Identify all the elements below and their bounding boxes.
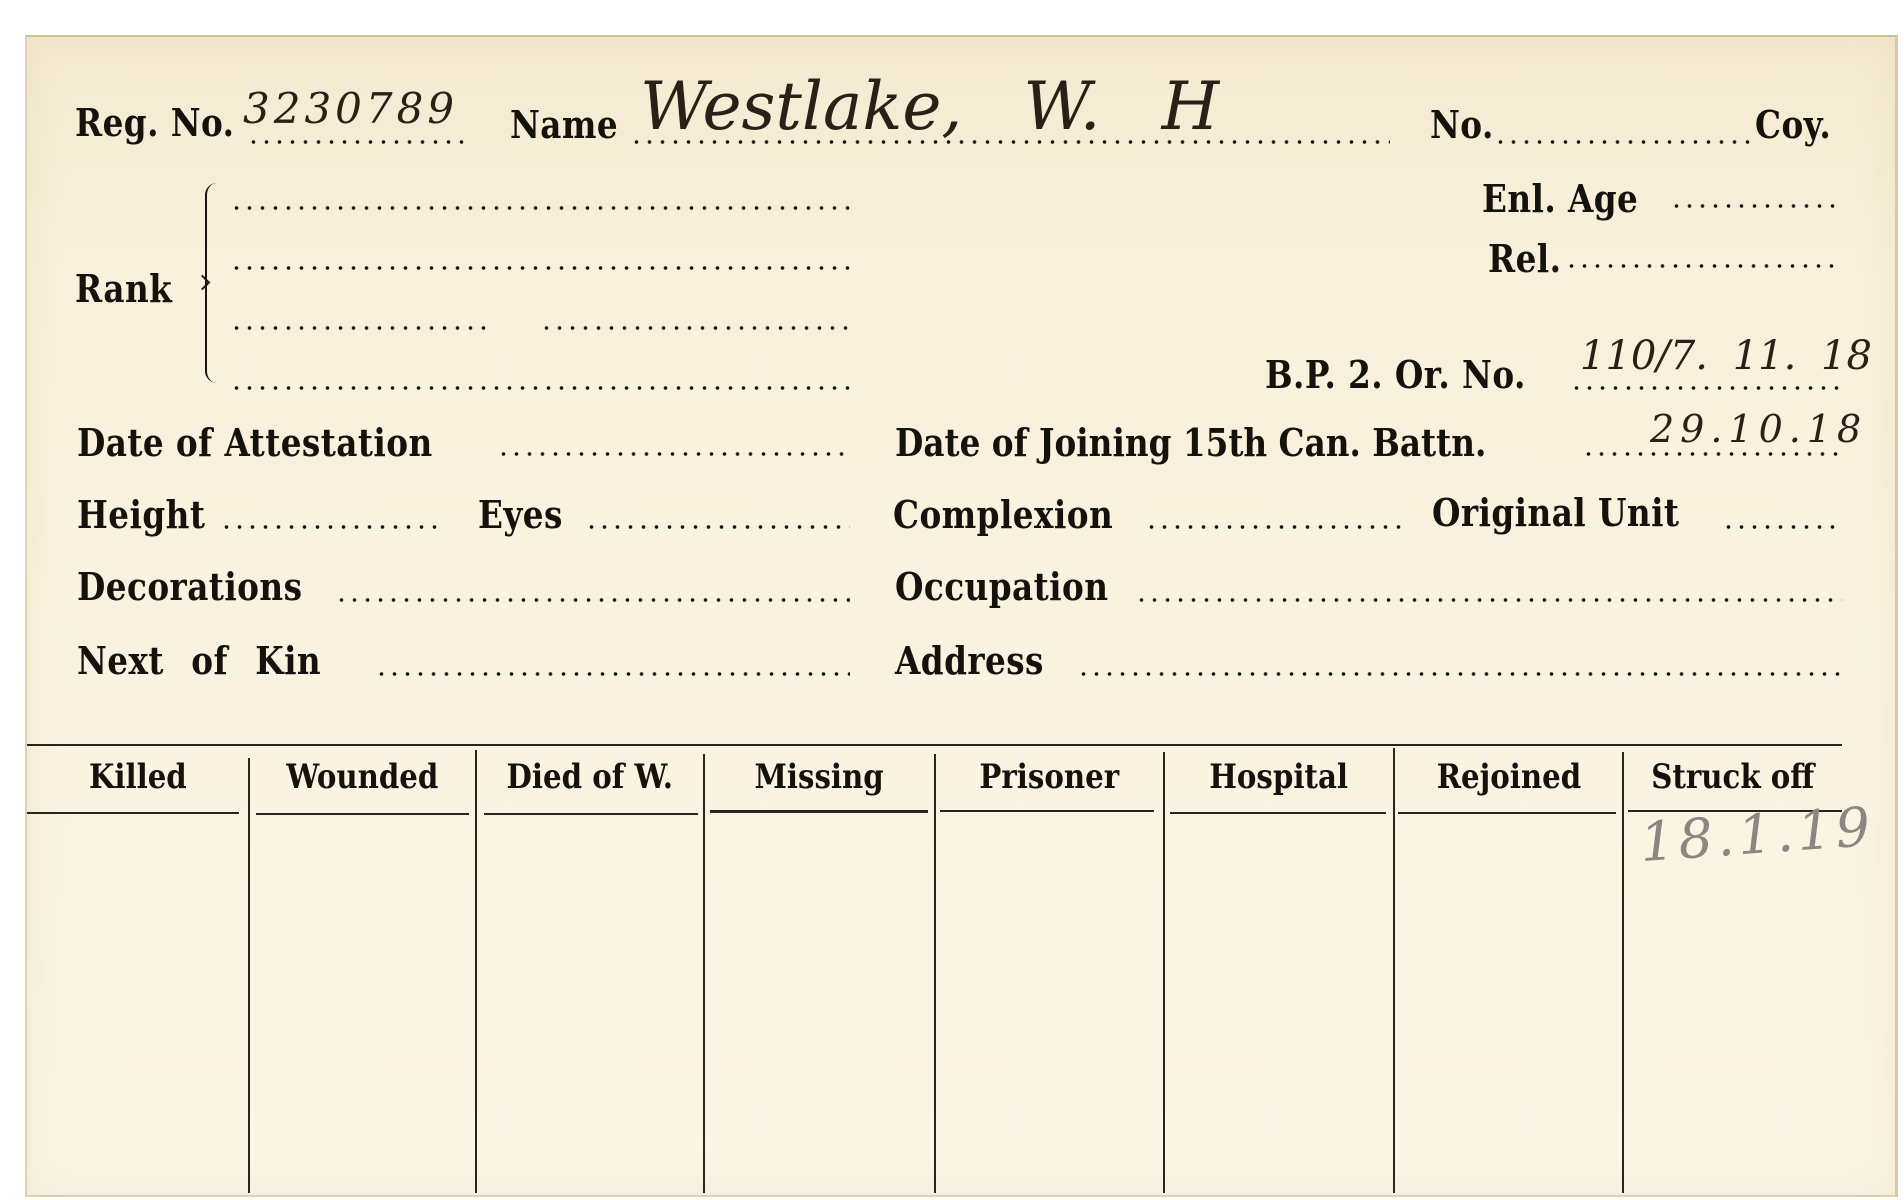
decorations-field[interactable]	[335, 598, 850, 602]
header-underline	[27, 812, 239, 814]
column-divider	[703, 754, 705, 1193]
column-divider	[934, 754, 936, 1193]
no-field[interactable]	[1494, 140, 1754, 144]
col-header-hospital: Hospital	[1165, 760, 1393, 804]
rel-label: Rel.	[1488, 240, 1561, 278]
header-underline	[940, 810, 1154, 812]
enl-age-field[interactable]	[1670, 204, 1842, 208]
rank-brace	[205, 183, 221, 383]
complexion-field[interactable]	[1145, 525, 1405, 529]
table-top-rule	[27, 744, 1842, 746]
column-divider	[475, 750, 477, 1193]
original-unit-label: Original Unit	[1432, 494, 1679, 532]
col-header-rejoined: Rejoined	[1395, 760, 1622, 804]
decorations-label: Decorations	[77, 568, 302, 606]
header-underline	[1170, 812, 1386, 814]
date-of-joining-label: Date of Joining 15th Can. Battn.	[895, 424, 1486, 462]
column-divider	[1393, 748, 1395, 1193]
column-divider	[1622, 752, 1624, 1193]
address-label: Address	[895, 642, 1044, 680]
column-divider	[1163, 752, 1165, 1193]
bp2-order-no-label: B.P. 2. Or. No.	[1265, 356, 1526, 394]
col-header-died-of-wounds: Died of W.	[477, 760, 703, 804]
reg-no-value: 3230789	[243, 88, 458, 130]
enl-age-label: Enl. Age	[1482, 180, 1638, 218]
date-of-joining-value: 29.10.18	[1650, 410, 1867, 448]
name-value: Westlake, W. H	[640, 74, 1219, 140]
eyes-label: Eyes	[478, 496, 563, 534]
header-underline	[710, 810, 928, 813]
rank-line-3b[interactable]	[540, 326, 850, 330]
rank-line-3a[interactable]	[230, 326, 492, 330]
rank-line-2[interactable]	[230, 266, 850, 270]
date-of-joining-field[interactable]	[1582, 452, 1842, 456]
header-underline	[1398, 812, 1616, 814]
col-header-wounded: Wounded	[250, 760, 475, 804]
height-label: Height	[77, 496, 205, 534]
column-divider	[248, 758, 250, 1193]
original-unit-field[interactable]	[1722, 525, 1842, 529]
rel-field[interactable]	[1565, 264, 1842, 268]
col-header-struck-off: Struck off	[1624, 760, 1842, 804]
complexion-label: Complexion	[893, 496, 1113, 534]
rank-line-4[interactable]	[230, 386, 850, 390]
eyes-field[interactable]	[585, 525, 850, 529]
occupation-field[interactable]	[1135, 598, 1842, 602]
date-of-attestation-label: Date of Attestation	[77, 424, 433, 462]
header-underline	[256, 813, 469, 815]
col-header-missing: Missing	[705, 760, 934, 804]
col-header-killed: Killed	[27, 760, 248, 804]
header-underline	[484, 813, 698, 815]
date-of-attestation-field[interactable]	[497, 452, 850, 456]
col-header-prisoner: Prisoner	[936, 760, 1163, 804]
rank-line-1[interactable]	[230, 206, 850, 210]
rank-label: Rank	[75, 270, 172, 308]
bp2-order-no-field[interactable]	[1570, 386, 1842, 390]
address-field[interactable]	[1077, 672, 1842, 676]
cell-struck-off[interactable]: 18.1.19	[1638, 800, 1875, 870]
next-of-kin-label: Next of Kin	[77, 642, 321, 680]
name-label: Name	[510, 106, 618, 144]
reg-no-field[interactable]	[247, 140, 465, 144]
bp2-order-no-value: 110/7. 11. 18	[1580, 336, 1872, 376]
reg-no-label: Reg. No.	[75, 104, 234, 142]
no-label: No.	[1430, 106, 1494, 144]
height-field[interactable]	[220, 525, 440, 529]
coy-label: Coy.	[1755, 106, 1831, 144]
occupation-label: Occupation	[895, 568, 1108, 606]
next-of-kin-field[interactable]	[375, 672, 850, 676]
